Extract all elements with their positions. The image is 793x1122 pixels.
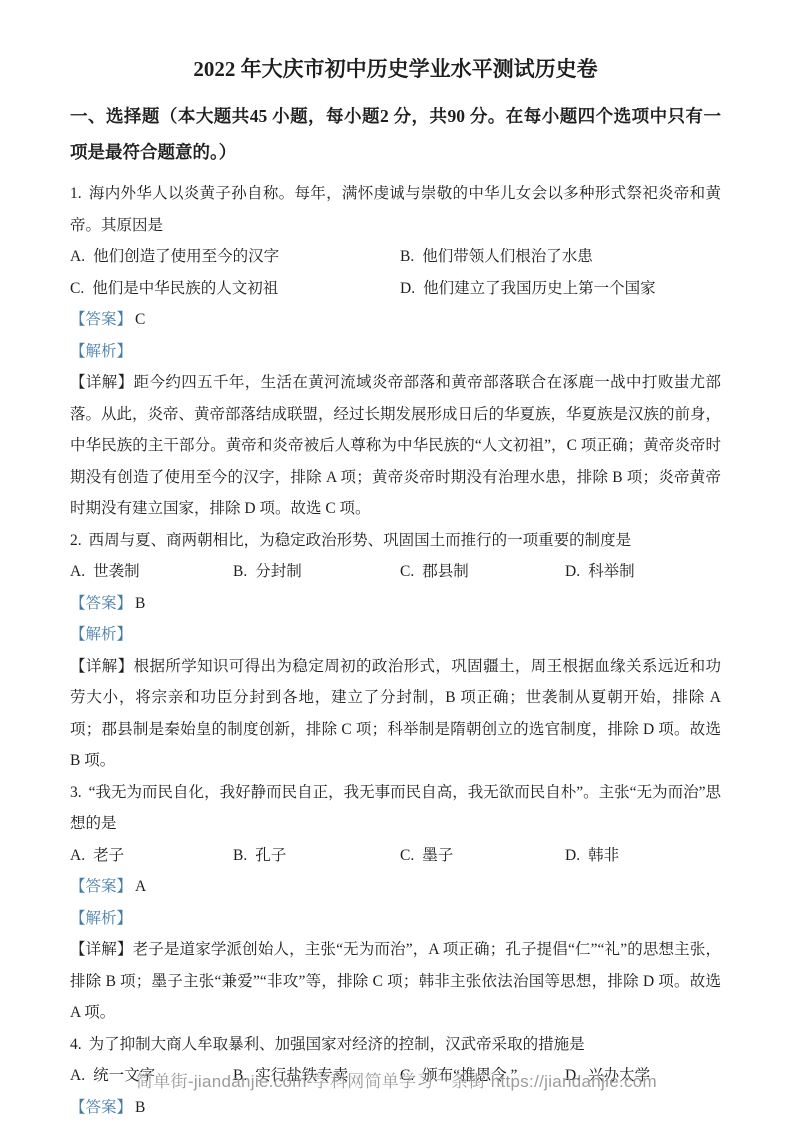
option-label: D. (400, 280, 415, 297)
question-3: 3.“我无为而民自化，我好静而民自正，我无事而民自高，我无欲而民自朴”。主张“无… (70, 777, 721, 1029)
question-stem: 4.为了抑制大商人牟取暴利、加强国家对经济的控制，汉武帝采取的措施是 (70, 1029, 721, 1061)
detail-label: 【详解】 (70, 658, 134, 675)
option-label: B. (400, 248, 414, 265)
option-c: C.他们是中华民族的人文初祖 (70, 273, 400, 305)
option-text: 科举制 (588, 563, 635, 580)
option-c: C.墨子 (400, 840, 565, 872)
answer-line: 【答案】C (70, 304, 721, 336)
detail-paragraph: 【详解】根据所学知识可得出为稳定周初的政治形式，巩固疆土，周王根据血缘关系远近和… (70, 651, 721, 777)
question-stem: 2.西周与夏、商两朝相比，为稳定政治形势、巩固国土而推行的一项重要的制度是 (70, 525, 721, 557)
detail-paragraph: 【详解】老子是道家学派创始人，主张“无为而治”，A 项正确；孔子提倡“仁”“礼”… (70, 934, 721, 1029)
analysis-line: 【解析】 (70, 336, 721, 368)
document-page: 2022 年大庆市初中历史学业水平测试历史卷 一、选择题（本大题共45 小题，每… (0, 0, 793, 1122)
option-text: 孔子 (255, 847, 286, 864)
options-grid: A.老子 B.孔子 C.墨子 D.韩非 (70, 840, 721, 872)
detail-text: 距今约四五千年，生活在黄河流域炎帝部落和黄帝部落联合在涿鹿一战中打败蚩尤部落。从… (70, 374, 721, 517)
answer-line: 【答案】A (70, 871, 721, 903)
answer-label: 【答案】 (70, 1099, 132, 1116)
option-text: 他们带领人们根治了水患 (422, 248, 593, 265)
question-stem-text: 为了抑制大商人牟取暴利、加强国家对经济的控制，汉武帝采取的措施是 (89, 1036, 585, 1053)
question-number: 3. (70, 784, 82, 801)
page-title: 2022 年大庆市初中历史学业水平测试历史卷 (70, 52, 721, 86)
option-label: B. (233, 847, 247, 864)
option-a: A.世袭制 (70, 556, 233, 588)
detail-text: 老子是道家学派创始人，主张“无为而治”，A 项正确；孔子提倡“仁”“礼”的思想主… (70, 941, 721, 1021)
analysis-label: 【解析】 (70, 910, 132, 927)
option-d: D.韩非 (565, 840, 721, 872)
option-text: 郡县制 (422, 563, 469, 580)
option-b: B.分封制 (233, 556, 400, 588)
answer-line: 【答案】B (70, 1092, 721, 1122)
answer-line: 【答案】B (70, 588, 721, 620)
option-label: C. (400, 847, 414, 864)
option-label: A. (70, 847, 85, 864)
option-text: 老子 (93, 847, 124, 864)
option-text: 世袭制 (93, 563, 140, 580)
question-number: 4. (70, 1036, 82, 1053)
option-label: C. (70, 280, 84, 297)
analysis-line: 【解析】 (70, 619, 721, 651)
option-d: D.他们建立了我国历史上第一个国家 (400, 273, 721, 305)
option-b: B.他们带领人们根治了水患 (400, 241, 721, 273)
answer-label: 【答案】 (70, 595, 132, 612)
section-heading: 一、选择题（本大题共45 小题，每小题2 分，共90 分。在每小题四个选项中只有… (70, 98, 721, 170)
answer-value: C (135, 311, 145, 328)
option-text: 他们创造了使用至今的汉字 (93, 248, 279, 265)
analysis-label: 【解析】 (70, 343, 132, 360)
option-text: 墨子 (422, 847, 453, 864)
detail-label: 【详解】 (70, 941, 133, 958)
option-text: 韩非 (588, 847, 619, 864)
question-1: 1.海内外华人以炎黄子孙自称。每年，满怀虔诚与崇敬的中华儿女会以多种形式祭祀炎帝… (70, 178, 721, 525)
option-text: 他们是中华民族的人文初祖 (92, 280, 278, 297)
watermark-footer: 简单街-jiandanjie.com-学科网简单学习一条街 https://ji… (0, 1067, 793, 1092)
option-label: A. (70, 248, 85, 265)
option-text: 他们建立了我国历史上第一个国家 (423, 280, 656, 297)
option-text: 分封制 (255, 563, 302, 580)
answer-value: A (135, 878, 146, 895)
question-stem: 3.“我无为而民自化，我好静而民自正，我无事而民自高，我无欲而民自朴”。主张“无… (70, 777, 721, 840)
option-a: A.老子 (70, 840, 233, 872)
options-grid: A.他们创造了使用至今的汉字 B.他们带领人们根治了水患 C.他们是中华民族的人… (70, 241, 721, 304)
analysis-label: 【解析】 (70, 626, 132, 643)
question-stem-text: 西周与夏、商两朝相比，为稳定政治形势、巩固国土而推行的一项重要的制度是 (89, 532, 632, 549)
option-c: C.郡县制 (400, 556, 565, 588)
option-a: A.他们创造了使用至今的汉字 (70, 241, 400, 273)
option-label: A. (70, 563, 85, 580)
options-grid: A.世袭制 B.分封制 C.郡县制 D.科举制 (70, 556, 721, 588)
option-label: D. (565, 563, 580, 580)
option-d: D.科举制 (565, 556, 721, 588)
answer-value: B (135, 1099, 145, 1116)
answer-label: 【答案】 (70, 878, 132, 895)
analysis-line: 【解析】 (70, 903, 721, 935)
question-stem-text: “我无为而民自化，我好静而民自正，我无事而民自高，我无欲而民自朴”。主张“无为而… (70, 784, 721, 833)
question-number: 1. (70, 185, 82, 202)
question-number: 2. (70, 532, 82, 549)
option-label: D. (565, 847, 580, 864)
question-2: 2.西周与夏、商两朝相比，为稳定政治形势、巩固国土而推行的一项重要的制度是 A.… (70, 525, 721, 777)
question-stem-text: 海内外华人以炎黄子孙自称。每年，满怀虔诚与崇敬的中华儿女会以多种形式祭祀炎帝和黄… (70, 185, 721, 234)
detail-text: 根据所学知识可得出为稳定周初的政治形式，巩固疆土，周王根据血缘关系远近和功劳大小… (70, 658, 721, 770)
detail-paragraph: 【详解】距今约四五千年，生活在黄河流域炎帝部落和黄帝部落联合在涿鹿一战中打败蚩尤… (70, 367, 721, 525)
detail-label: 【详解】 (70, 374, 134, 391)
option-b: B.孔子 (233, 840, 400, 872)
option-label: C. (400, 563, 414, 580)
answer-value: B (135, 595, 145, 612)
answer-label: 【答案】 (70, 311, 132, 328)
question-stem: 1.海内外华人以炎黄子孙自称。每年，满怀虔诚与崇敬的中华儿女会以多种形式祭祀炎帝… (70, 178, 721, 241)
option-label: B. (233, 563, 247, 580)
